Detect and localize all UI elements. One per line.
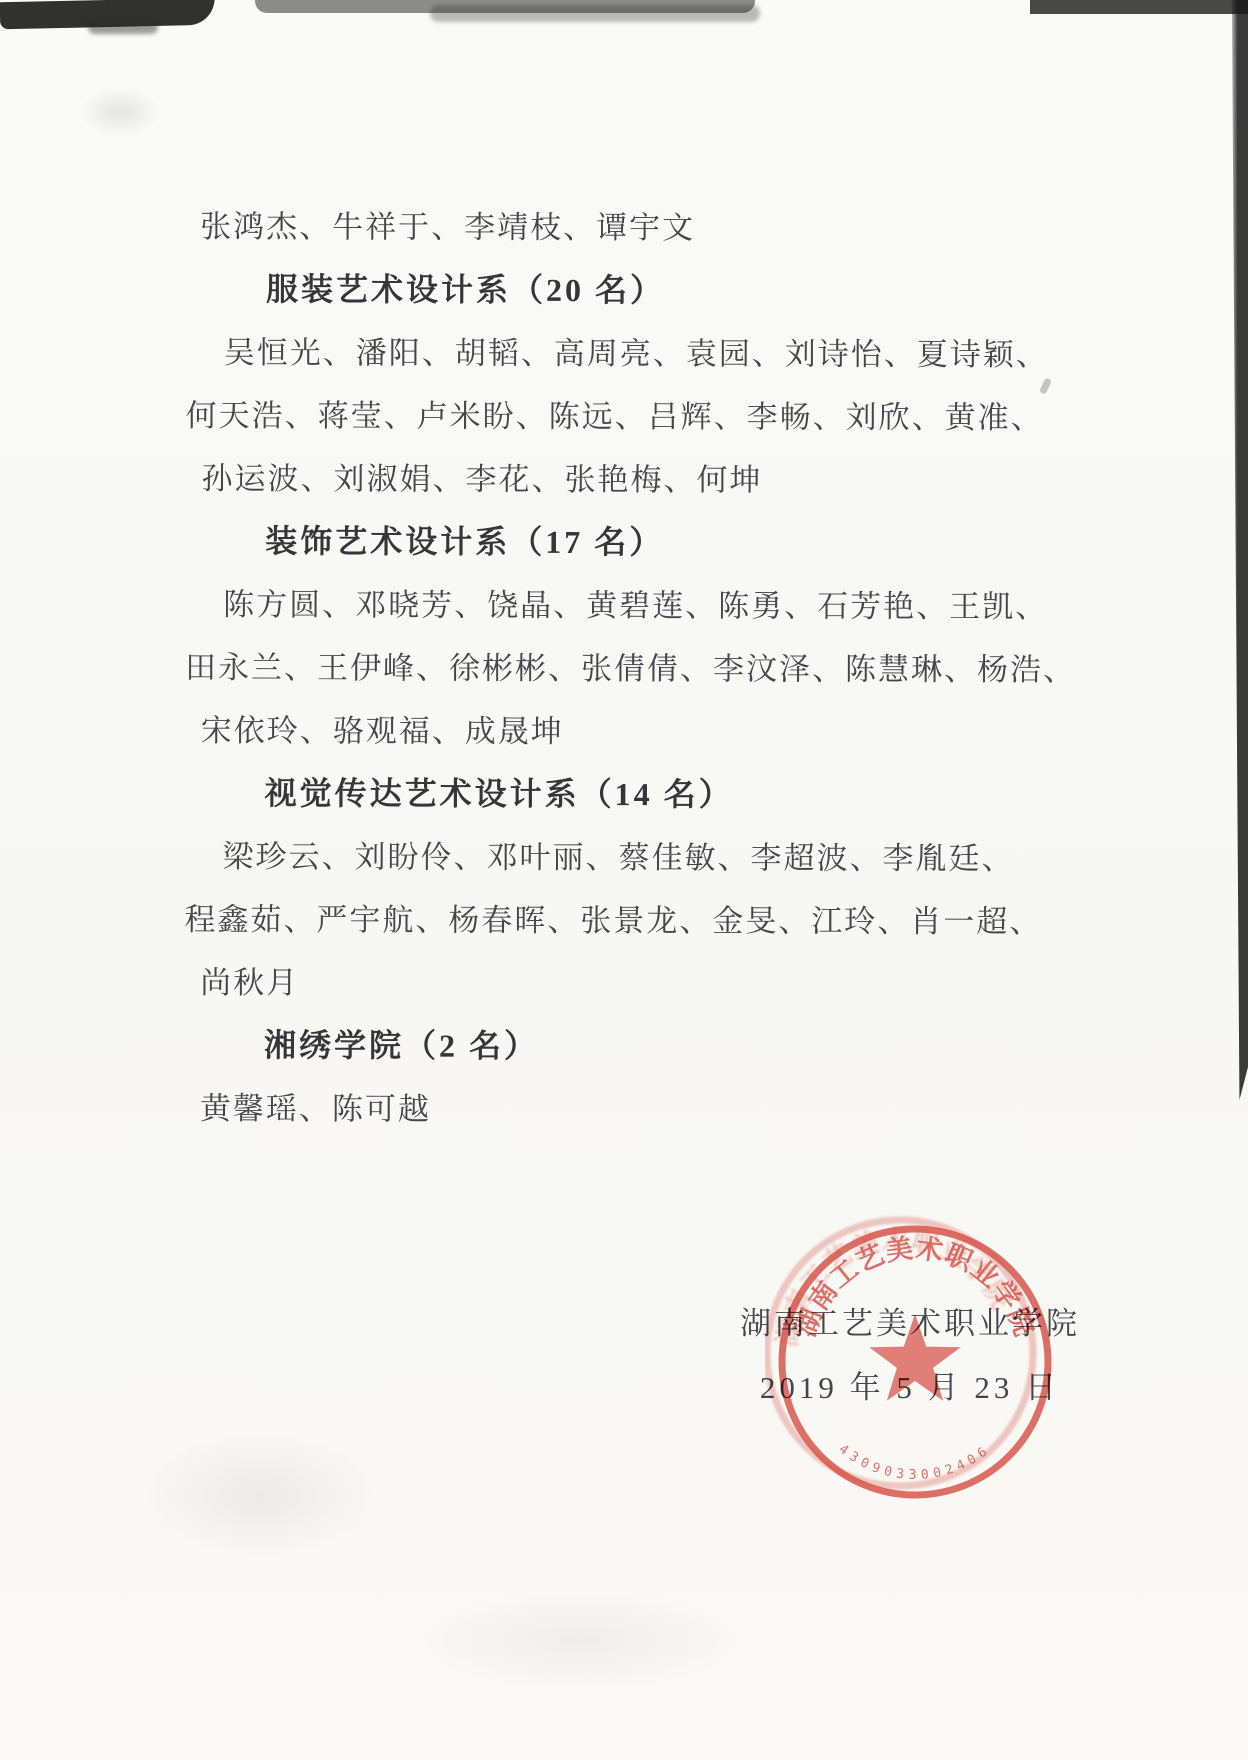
scanned-document-page: 张鸿杰、牛祥于、李靖枝、谭宇文 服装艺术设计系（20 名） 吴恒光、潘阳、胡韬、… — [0, 0, 1248, 1760]
section-heading-decorative-art: 装饰艺术设计系（17 名） — [265, 510, 985, 575]
scan-artifact-top-left — [0, 0, 215, 29]
scan-artifact-smudge — [420, 1590, 740, 1690]
names-line: 黄馨瑶、陈可越 — [200, 1077, 984, 1142]
names-line: 梁珍云、刘盼伶、邓叶丽、蔡佳敏、李超波、李胤廷、 — [222, 825, 984, 890]
scan-artifact-top-strip — [255, 0, 755, 13]
names-line: 程鑫茹、严宇航、杨春晖、张景龙、金旻、江玲、肖一超、 — [184, 888, 984, 953]
seal-main-impression: 湖南工艺美术职业学院 4309033002406 — [782, 1229, 1048, 1495]
document-body: 张鸿杰、牛祥于、李靖枝、谭宇文 服装艺术设计系（20 名） 吴恒光、潘阳、胡韬、… — [184, 195, 986, 1142]
scan-artifact-top-left-blur — [88, 20, 158, 34]
seal-star-icon — [869, 1314, 960, 1401]
names-line: 何天浩、蒋莹、卢米盼、陈远、吕辉、李畅、刘欣、黄准、 — [186, 384, 986, 449]
section-heading-xiangxiu-college: 湘绣学院（2 名） — [264, 1014, 984, 1079]
names-line: 吴恒光、潘阳、胡韬、高周亮、袁园、刘诗怡、夏诗颖、 — [224, 321, 986, 386]
names-line: 孙运波、刘淑娟、李花、张艳梅、何坤 — [201, 447, 985, 512]
names-line: 陈方圆、邓晓芳、饶晶、黄碧莲、陈勇、石芳艳、王凯、 — [223, 573, 985, 638]
scan-artifact-right-edge — [1229, 0, 1248, 1100]
names-line-continued: 张鸿杰、牛祥于、李靖枝、谭宇文 — [200, 195, 986, 260]
scan-artifact-smudge — [140, 1430, 380, 1560]
names-line: 田永兰、王伊峰、徐彬彬、张倩倩、李汶泽、陈慧琳、杨浩、 — [185, 636, 985, 701]
official-seal: 湖南工艺美术职业学院 湖南工艺美术职业学院 4309033002406 — [765, 1212, 1065, 1512]
scan-artifact-top-right — [1030, 0, 1248, 14]
scan-artifact-speck — [1039, 377, 1052, 394]
scan-artifact-top-strip-blur — [430, 5, 760, 22]
section-heading-fashion-design: 服装艺术设计系（20 名） — [266, 258, 986, 323]
names-line: 宋依玲、骆观福、成晟坤 — [201, 699, 985, 764]
section-heading-visual-communication: 视觉传达艺术设计系（14 名） — [265, 762, 985, 827]
names-line: 尚秋月 — [200, 951, 984, 1016]
scan-artifact-smudge — [80, 88, 160, 136]
